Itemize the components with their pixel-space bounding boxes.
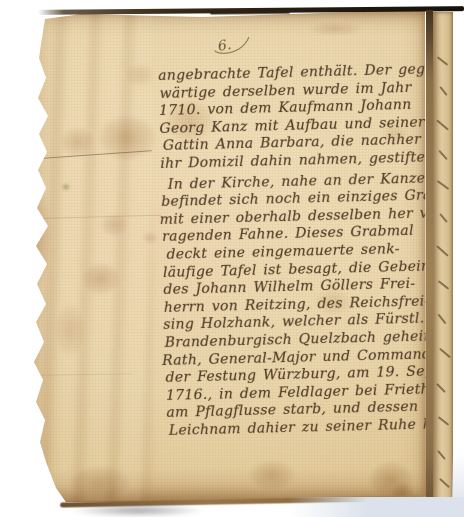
page-number-flourish — [208, 31, 255, 62]
adjacent-page-writing-fragment — [437, 450, 446, 460]
stain — [300, 20, 370, 38]
stain — [76, 258, 126, 300]
stain — [55, 122, 100, 162]
stain — [120, 60, 160, 90]
paper-crease — [36, 215, 161, 219]
paper-texture-waves — [22, 10, 152, 502]
stain — [242, 455, 302, 495]
adjacent-page-writing-fragment — [436, 245, 448, 257]
adjacent-page-writing-fragment — [437, 56, 448, 66]
scanner-blue-area — [289, 497, 464, 517]
adjacent-page-writing-fragment — [438, 314, 447, 325]
stain — [50, 295, 90, 365]
adjacent-page-writing-fragment — [439, 86, 447, 96]
adjacent-page-writing-fragment — [436, 119, 449, 130]
adjacent-page-writing-fragment — [439, 478, 450, 488]
stain — [60, 460, 140, 505]
book-top-edge-detail — [210, 11, 290, 15]
manuscript-text-block: angebrachte Tafel enthält. Der gegen- wä… — [158, 61, 445, 440]
book-gutter-shadow — [426, 10, 433, 502]
adjacent-page-writing-fragment — [439, 348, 451, 359]
stain — [88, 108, 166, 168]
scan-shadow — [70, 504, 205, 517]
paper-crease — [32, 373, 132, 376]
adjacent-page-writing-fragment — [438, 150, 448, 160]
green-fleck-stain — [60, 182, 72, 192]
adjacent-page-writing-fragment — [437, 180, 450, 190]
adjacent-page-sliver — [433, 12, 453, 502]
stain — [96, 210, 132, 240]
scanned-manuscript: 6. angebrachte Tafel enthält. Der gegen-… — [0, 0, 464, 517]
page-number: 6. — [217, 37, 233, 55]
paper-scratch-line — [40, 150, 152, 159]
manuscript-page: 6. angebrachte Tafel enthält. Der gegen-… — [22, 10, 426, 502]
stain — [24, 170, 54, 300]
scanner-blue-edge — [452, 454, 464, 509]
adjacent-page-writing-fragment — [436, 383, 446, 393]
adjacent-page-writing-fragment — [438, 416, 449, 426]
adjacent-page-writing-fragment — [439, 213, 448, 223]
stain — [140, 230, 160, 246]
adjacent-page-writing-fragment — [438, 280, 449, 290]
